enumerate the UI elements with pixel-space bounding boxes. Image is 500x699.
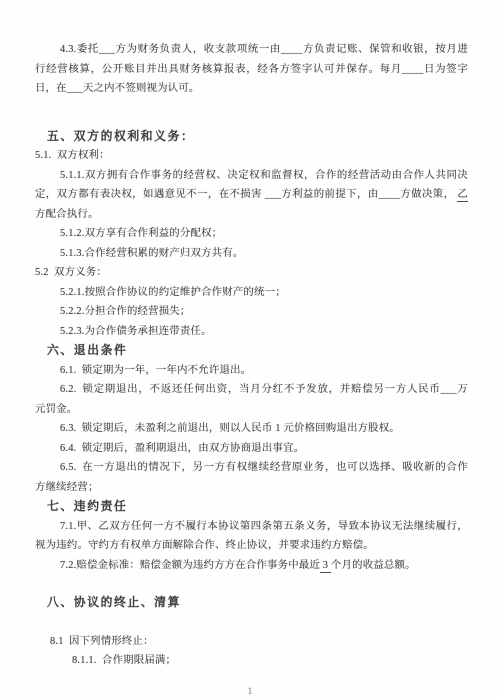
underlined-fill-in: 3 xyxy=(320,560,331,573)
text-run: 六、退出条件 xyxy=(47,343,127,357)
text-run: 7.2.赔偿金标准：赔偿金额为违约方方在合作事务中最近 xyxy=(60,560,320,571)
clause-7-1-line2: 视为违约。守约方有权单方面解除合作、终止协议，并要求违约方赔偿。 xyxy=(35,536,468,556)
text-run: 6.3. 锁定期后，未盈利之前退出，则以人民币 1 元价格回购退出方股权。 xyxy=(60,423,400,434)
clause-8-1: 8.1 因下列情形终止： xyxy=(35,632,468,652)
text-run: 5.1.1.双方拥有合作事务的经营权、决定权和监督权，合作的经营活动由合作人共同… xyxy=(60,170,468,181)
clause-5-1-3: 5.1.3.合作经营积累的财产归双方共有。 xyxy=(35,244,468,264)
text-run: 五、双方的权利和义务： xyxy=(47,129,194,143)
clause-4-3-line2: 行经营核算，公开账目并出具财务核算报表，经各方签字认可并保存。每月____日为签… xyxy=(35,60,468,80)
text-run: 方继续经营； xyxy=(35,482,99,493)
clause-8-1-1: 8.1.1. 合作期限届满； xyxy=(35,651,468,671)
section-heading-6: 六、退出条件 xyxy=(35,341,468,361)
clause-5-2: 5.2 双方义务： xyxy=(35,263,468,283)
clause-7-2: 7.2.赔偿金标准：赔偿金额为违约方方在合作事务中最近 3 个月的收益总额。 xyxy=(35,556,468,576)
section-heading-5: 五、双方的权利和义务： xyxy=(35,127,468,147)
page-number: 1 xyxy=(0,686,500,696)
clause-6-2-line1: 6.2. 锁定期退出，不返还任何出资，当月分红不予发放，并赔偿另一方人民币___… xyxy=(35,380,468,400)
text-run: 5.1. 双方权利： xyxy=(35,150,110,161)
clause-6-2-line2: 元罚金。 xyxy=(35,400,468,420)
section-heading-7: 七、违约责任 xyxy=(35,497,468,517)
clause-5-1-1-line1: 5.1.1.双方拥有合作事务的经营权、决定权和监督权，合作的经营活动由合作人共同… xyxy=(35,166,468,186)
clause-5-1-1-line3: 方配合执行。 xyxy=(35,205,468,225)
clause-6-5-line1: 6.5. 在一方退出的情况下，另一方有权继续经营原业务，也可以选择、吸收新的合作 xyxy=(35,458,468,478)
text-run: 5.1.3.合作经营积累的财产归双方共有。 xyxy=(60,248,243,259)
document-body: 4.3.委托___方为财务负责人，收支款项统一由____方负责记账、保管和收银，… xyxy=(35,40,468,671)
document-page: 4.3.委托___方为财务负责人，收支款项统一由____方负责记账、保管和收银，… xyxy=(0,0,500,699)
clause-6-4: 6.4. 锁定期后，盈利期退出，由双方协商退出事宜。 xyxy=(35,439,468,459)
section-heading-8: 八、协议的终止、清算 xyxy=(35,593,468,613)
text-run: 6.4. 锁定期后，盈利期退出，由双方协商退出事宜。 xyxy=(60,443,304,454)
clause-5-1: 5.1. 双方权利： xyxy=(35,146,468,166)
clause-7-1-line1: 7.1.甲、乙双方任何一方不履行本协议第四条第五条义务，导致本协议无法继续履行， xyxy=(35,517,468,537)
clause-4-3-line1: 4.3.委托___方为财务负责人，收支款项统一由____方负责记账、保管和收银，… xyxy=(35,40,468,60)
clause-5-2-3: 5.2.3.为合作债务承担连带责任。 xyxy=(35,322,468,342)
clause-6-1: 6.1. 锁定期为一年，一年内不允许退出。 xyxy=(35,361,468,381)
text-run: 5.1.2.双方享有合作利益的分配权； xyxy=(60,228,222,239)
clause-5-2-2: 5.2.2.分担合作的经营损失； xyxy=(35,302,468,322)
text-run: 4.3.委托___方为财务负责人，收支款项统一由____方负责记账、保管和收银，… xyxy=(60,44,468,55)
text-run: 视为违约。守约方有权单方面解除合作、终止协议，并要求违约方赔偿。 xyxy=(35,540,374,551)
text-run: 7.1.甲、乙双方任何一方不履行本协议第四条第五条义务，导致本协议无法继续履行， xyxy=(60,521,468,532)
text-run: 方配合执行。 xyxy=(35,209,99,220)
text-run: 日，在___天之内不签则视为认可。 xyxy=(35,83,199,94)
text-run: 个月的收益总额。 xyxy=(331,560,416,571)
text-run: 8.1.1. 合作期限届满； xyxy=(72,655,176,666)
text-run: 5.2.3.为合作债务承担连带责任。 xyxy=(60,326,212,337)
clause-6-3: 6.3. 锁定期后，未盈利之前退出，则以人民币 1 元价格回购退出方股权。 xyxy=(35,419,468,439)
text-run: 6.1. 锁定期为一年，一年内不允许退出。 xyxy=(60,365,251,376)
clause-5-1-1-line2: 定，双方都有表决权，如遇意见不一，在不损害 ___方利益的前提下，由____方做… xyxy=(35,185,468,205)
text-run: 定，双方都有表决权，如遇意见不一，在不损害 ___方利益的前提下，由____方做… xyxy=(35,189,457,200)
text-run: 6.2. 锁定期退出，不返还任何出资，当月分红不予发放，并赔偿另一方人民币___… xyxy=(60,384,468,395)
clause-5-2-1: 5.2.1.按照合作协议的约定维护合作财产的统一； xyxy=(35,283,468,303)
clause-4-3-line3: 日，在___天之内不签则视为认可。 xyxy=(35,79,468,99)
text-run: 5.2 双方义务： xyxy=(35,267,107,278)
text-run: 5.2.2.分担合作的经营损失； xyxy=(60,306,190,317)
text-run: 6.5. 在一方退出的情况下，另一方有权继续经营原业务，也可以选择、吸收新的合作 xyxy=(60,462,468,473)
clause-6-5-line2: 方继续经营； xyxy=(35,478,468,498)
text-run: 七、违约责任 xyxy=(47,499,127,513)
underlined-fill-in: 乙 xyxy=(457,189,468,202)
text-run: 5.2.1.按照合作协议的约定维护合作财产的统一； xyxy=(60,287,286,298)
text-run: 元罚金。 xyxy=(35,404,77,415)
text-run: 行经营核算，公开账目并出具财务核算报表，经各方签字认可并保存。每月____日为签… xyxy=(35,64,468,75)
text-run: 8.1 因下列情形终止： xyxy=(50,636,154,647)
clause-5-1-2: 5.1.2.双方享有合作利益的分配权； xyxy=(35,224,468,244)
text-run: 八、协议的终止、清算 xyxy=(47,595,181,609)
